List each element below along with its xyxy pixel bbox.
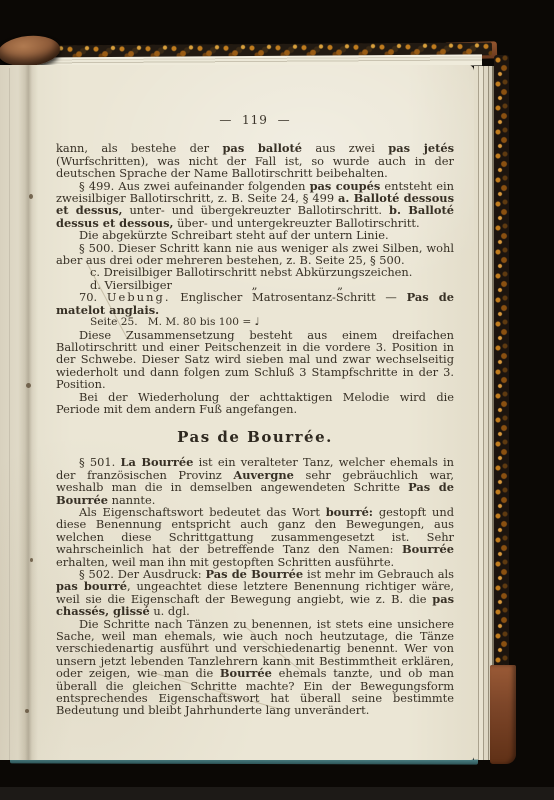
paragraph: § 499. Aus zwei aufeinander folgenden pa… — [56, 180, 454, 230]
text-segment: Bei der Wiederholung der achttaktigen Me… — [56, 390, 454, 416]
antiqua-text: Bourrée — [402, 542, 454, 556]
antiqua-text: ♩ — [255, 316, 260, 328]
paragraph: § 500. Dieser Schritt kann nie aus wenig… — [56, 242, 454, 267]
paragraph: kann, als bestehe der pas balloté aus zw… — [56, 142, 454, 179]
page-text: — 119 — kann, als bestehe der pas ballot… — [56, 108, 454, 717]
paragraph: Als Eigenschaftswort bedeutet das Wort b… — [56, 506, 454, 568]
text-segment: Pas de Bourrée. — [177, 428, 333, 446]
text-segment: § 500. Dieser Schritt kann nie aus wenig… — [56, 241, 454, 267]
gutter-shadow — [18, 65, 38, 760]
paragraph: Bei der Wiederholung der achttaktigen Me… — [56, 391, 454, 416]
leather-cover-corner — [490, 665, 516, 764]
text-segment: (Wurfschritten), was nicht der Fall ist,… — [56, 154, 454, 180]
page-number: — 119 — — [56, 114, 454, 126]
binding-stitch — [25, 709, 29, 713]
paragraph: Die Schritte nach Tänzen zu benennen, is… — [56, 618, 454, 717]
binding-stitch — [26, 383, 31, 388]
paragraph: Diese Zusammensetzung besteht aus einem … — [56, 329, 454, 391]
facing-page-edge — [9, 68, 10, 760]
marbled-cover-strip — [494, 55, 509, 669]
paragraph: § 502. Der Ausdruck: Pas de Bourrée ist … — [56, 568, 454, 618]
text-segment: Englischer Matrosentanz-Schritt — — [171, 290, 407, 304]
backdrop-shadow-strip — [0, 787, 554, 800]
body-text: kann, als bestehe der pas balloté aus zw… — [56, 142, 454, 716]
text-segment: Seite 25. M. M. 80 bis 100 = — [90, 316, 255, 328]
text-segment: Diese Zusammensetzung besteht aus einem … — [56, 328, 454, 392]
section-heading: Pas de Bourrée. — [56, 428, 454, 446]
paragraph: 70. Uebung. Englischer Matrosentanz-Schr… — [56, 291, 454, 316]
binding-stitch — [29, 194, 33, 199]
binding-stitch — [30, 558, 33, 562]
paragraph: § 501. La Bourrée ist ein veralteter Tan… — [56, 456, 454, 506]
stacked-page-edges — [474, 66, 494, 760]
